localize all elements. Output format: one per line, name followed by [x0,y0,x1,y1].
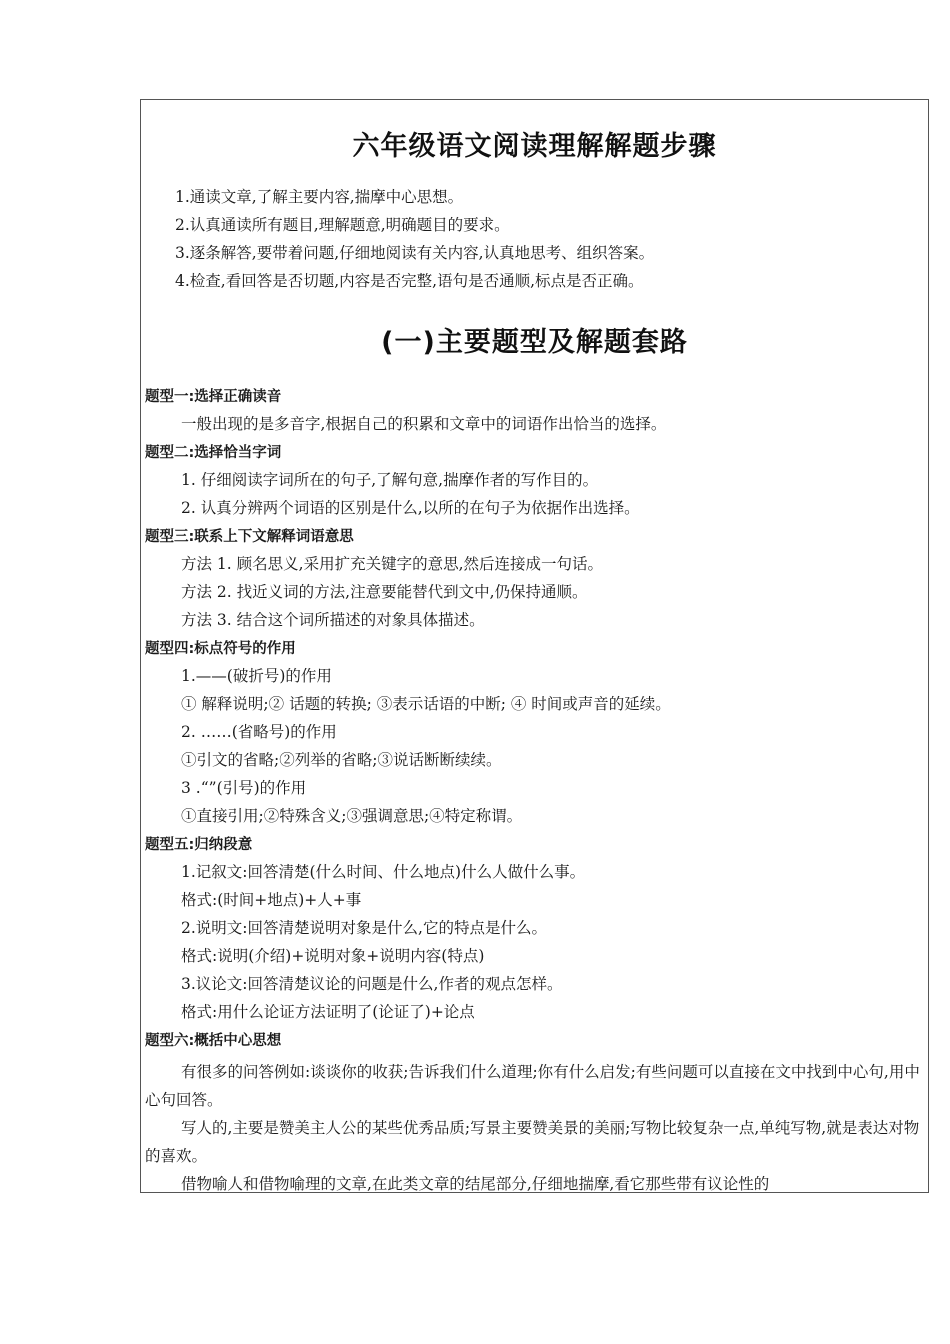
type-5-line-2: 格式:(时间+地点)+人+事 [181,890,361,910]
type-5-line-6: 格式:用什么论证方法证明了(论证了)+论点 [181,1002,475,1022]
type-6-paragraph-1: 有很多的问答例如:谈谈你的收获;告诉我们什么道理;你有什么启发;有些问题可以直接… [145,1058,925,1114]
type-4-line-2: ① 解释说明;② 话题的转换; ③表示话语的中断; ④ 时间或声音的延续。 [181,694,671,714]
type-5-line-5: 3.议论文:回答清楚议论的问题是什么,作者的观点怎样。 [181,974,562,994]
type-6-paragraph-3: 借物喻人和借物喻理的文章,在此类文章的结尾部分,仔细地揣摩,看它那些带有议论性的 [145,1170,925,1198]
type-3-line-2: 方法 2. 找近义词的方法,注意要能替代到文中,仍保持通顺。 [181,582,588,602]
document-title: 六年级语文阅读理解解题步骤 [141,124,928,163]
section-title: (一)主要题型及解题套路 [141,320,928,359]
type-2-heading: 题型二:选择恰当字词 [145,443,281,463]
type-4-heading: 题型四:标点符号的作用 [145,639,296,659]
type-4-line-1: 1.——(破折号)的作用 [181,666,332,686]
step-4: 4.检查,看回答是否切题,内容是否完整,语句是否通顺,标点是否正确。 [175,271,644,291]
document-page: 六年级语文阅读理解解题步骤 1.通读文章,了解主要内容,揣摩中心思想。 2.认真… [140,99,929,1193]
type-3-heading: 题型三:联系上下文解释词语意思 [145,527,354,547]
step-2: 2.认真通读所有题目,理解题意,明确题目的要求。 [175,215,510,235]
type-3-line-1: 方法 1. 顾名思义,采用扩充关键字的意思,然后连接成一句话。 [181,554,603,574]
type-2-line-1: 1. 仔细阅读字词所在的句子,了解句意,揣摩作者的写作目的。 [181,470,598,490]
type-5-line-3: 2.说明文:回答清楚说明对象是什么,它的特点是什么。 [181,918,547,938]
type-5-line-1: 1.记叙文:回答清楚(什么时间、什么地点)什么人做什么事。 [181,862,585,882]
type-5-heading: 题型五:归纳段意 [145,835,252,855]
type-5-line-4: 格式:说明(介绍)+说明对象+说明内容(特点) [181,946,484,966]
type-4-line-5: 3 .“”(引号)的作用 [181,778,306,798]
type-4-line-4: ①引文的省略;②列举的省略;③说话断断续续。 [181,750,501,770]
type-2-line-2: 2. 认真分辨两个词语的区别是什么,以所的在句子为依据作出选择。 [181,498,640,518]
type-3-line-3: 方法 3. 结合这个词所描述的对象具体描述。 [181,610,485,630]
step-1: 1.通读文章,了解主要内容,揣摩中心思想。 [175,187,463,207]
step-3: 3.逐条解答,要带着问题,仔细地阅读有关内容,认真地思考、组织答案。 [175,243,654,263]
type-1-heading: 题型一:选择正确读音 [145,387,281,407]
type-6-heading: 题型六:概括中心思想 [145,1031,281,1051]
type-4-line-3: 2. ……(省略号)的作用 [181,722,337,742]
type-6-paragraph-2: 写人的,主要是赞美主人公的某些优秀品质;写景主要赞美景的美丽;写物比较复杂一点,… [145,1114,925,1170]
type-1-line: 一般出现的是多音字,根据自己的积累和文章中的词语作出恰当的选择。 [181,414,666,434]
type-4-line-6: ①直接引用;②特殊含义;③强调意思;④特定称谓。 [181,806,522,826]
